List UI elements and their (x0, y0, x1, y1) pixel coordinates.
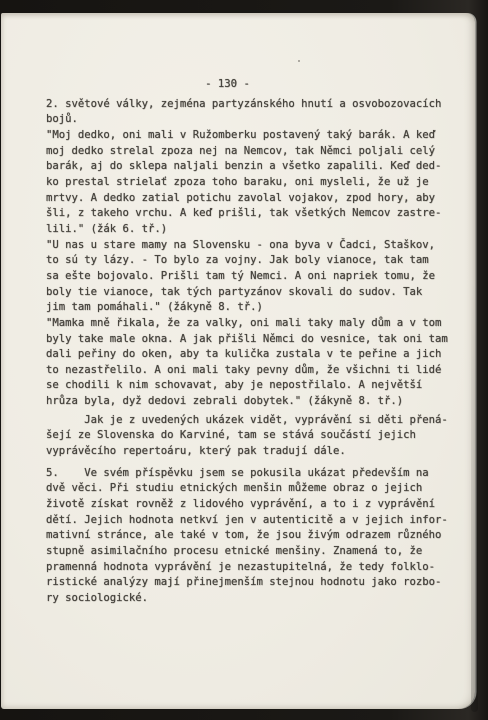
scanner-background: - 130 - 2. světové války, zejména partyz… (0, 0, 488, 720)
paragraph-conclusion: 5. Ve svém příspěvku jsem se pokusila uk… (46, 466, 457, 607)
scanned-page: - 130 - 2. světové války, zejména partyz… (1, 13, 475, 709)
paper-speck (298, 60, 300, 62)
paragraph-war-narratives: 2. světové války, zejména partyzánského … (46, 97, 457, 410)
paragraph-summary: Jak je z uvedených ukázek vidět, vyprávě… (46, 413, 457, 460)
page-number: - 130 - (22, 77, 433, 93)
